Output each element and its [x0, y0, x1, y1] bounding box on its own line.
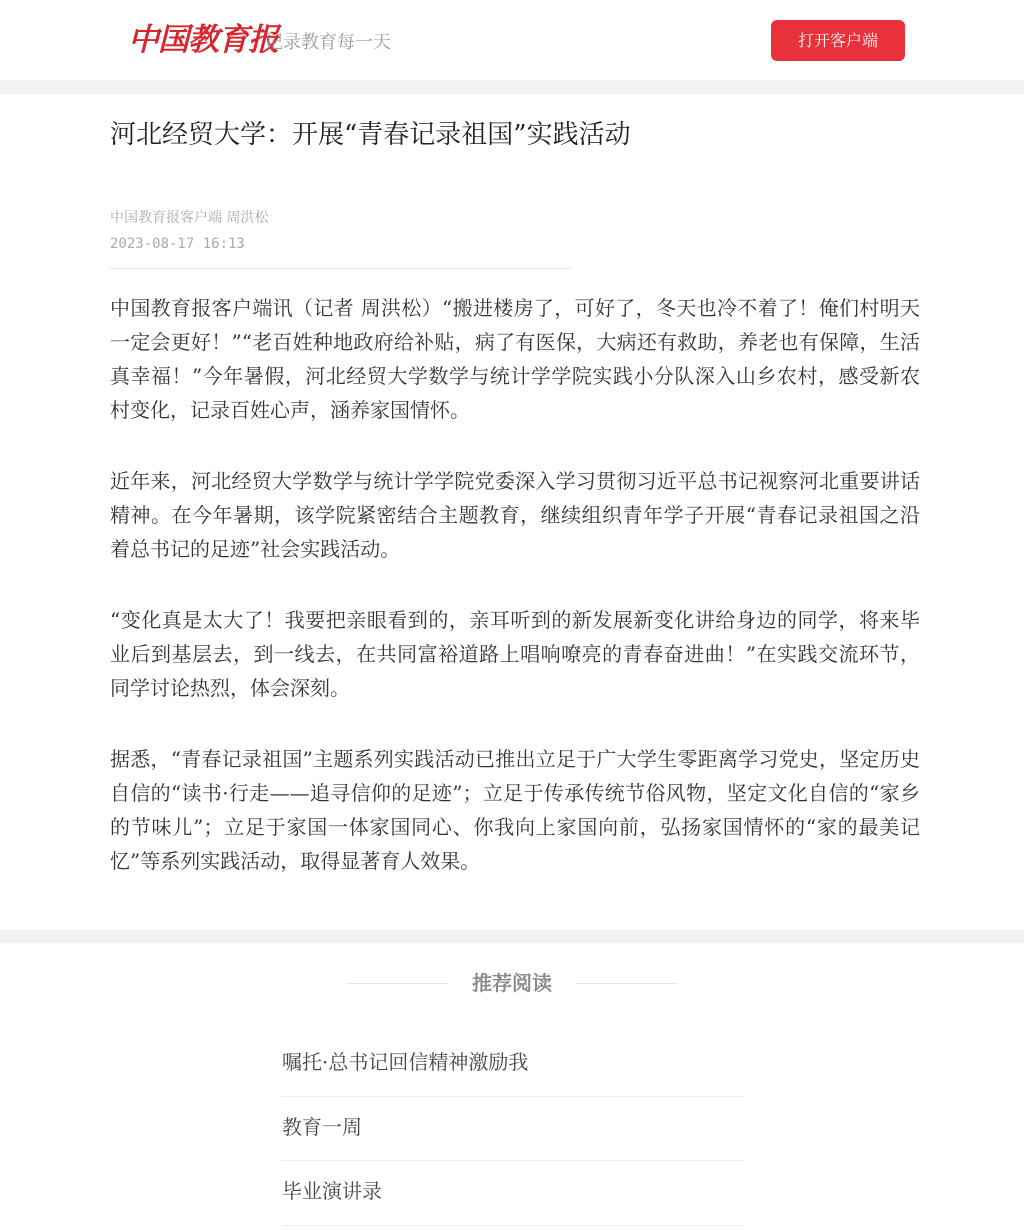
- recommended-item[interactable]: 教育一周: [282, 1097, 744, 1162]
- open-app-button[interactable]: 打开客户端: [771, 20, 905, 61]
- article-paragraph: 据悉，“青春记录祖国”主题系列实践活动已推出立足于广大学生零距离学习党史，坚定历…: [110, 742, 920, 878]
- article-body: 中国教育报客户端讯（记者 周洪松）“搬进楼房了，可好了，冬天也冷不着了！俺们村明…: [110, 291, 920, 915]
- meta-divider: [110, 268, 572, 269]
- recommended-item[interactable]: 嘱托·总书记回信精神激励我: [282, 1032, 744, 1097]
- article-title: 河北经贸大学：开展“青春记录祖国”实践活动: [110, 116, 910, 154]
- recommended-item[interactable]: 毕业演讲录: [282, 1161, 744, 1226]
- article-date: 2023-08-17 16:13: [110, 234, 245, 254]
- article-source: 中国教育报客户端 周洪松: [110, 208, 268, 228]
- article-paragraph: 中国教育报客户端讯（记者 周洪松）“搬进楼房了，可好了，冬天也冷不着了！俺们村明…: [110, 291, 920, 427]
- header-separator: [0, 80, 1024, 94]
- newspaper-logo[interactable]: 中国教育报: [128, 18, 278, 62]
- article-paragraph: “变化真是太大了！我要把亲眼看到的，亲耳听到的新发展新变化讲给身边的同学，将来毕…: [110, 603, 920, 705]
- top-header: 中国教育报 记录教育每一天 打开客户端: [0, 0, 1024, 80]
- heading-line-right: [576, 983, 678, 984]
- section-separator: [0, 930, 1024, 943]
- recommended-header: 推荐阅读: [346, 968, 678, 998]
- slogan-text: 记录教育每一天: [265, 30, 391, 56]
- recommended-list: 嘱托·总书记回信精神激励我 教育一周 毕业演讲录: [282, 1032, 744, 1226]
- article-paragraph: 近年来，河北经贸大学数学与统计学学院党委深入学习贯彻习近平总书记视察河北重要讲话…: [110, 464, 920, 566]
